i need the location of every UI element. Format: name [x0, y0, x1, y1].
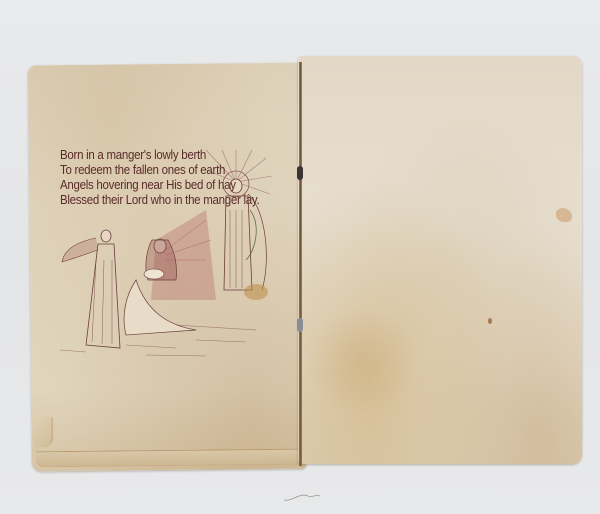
loose-thread	[282, 490, 322, 504]
staple-bottom	[297, 318, 303, 332]
right-page	[298, 56, 582, 464]
poem-line: Born in a manger's lowly berth	[60, 148, 259, 163]
poem-line: Angels hovering near His bed of hay	[60, 178, 259, 193]
corner-fold	[34, 417, 53, 447]
poem-line: Blessed their Lord who in the manger lay…	[60, 193, 259, 208]
water-stain	[306, 306, 416, 416]
poem: Born in a manger's lowly berth To redeem…	[60, 148, 259, 208]
page-tear	[556, 208, 572, 222]
page-stack-edge	[36, 449, 302, 468]
book-spine	[299, 62, 302, 466]
staple-top	[297, 166, 303, 180]
spot	[488, 318, 492, 324]
poem-line: To redeem the fallen ones of earth	[60, 163, 259, 178]
